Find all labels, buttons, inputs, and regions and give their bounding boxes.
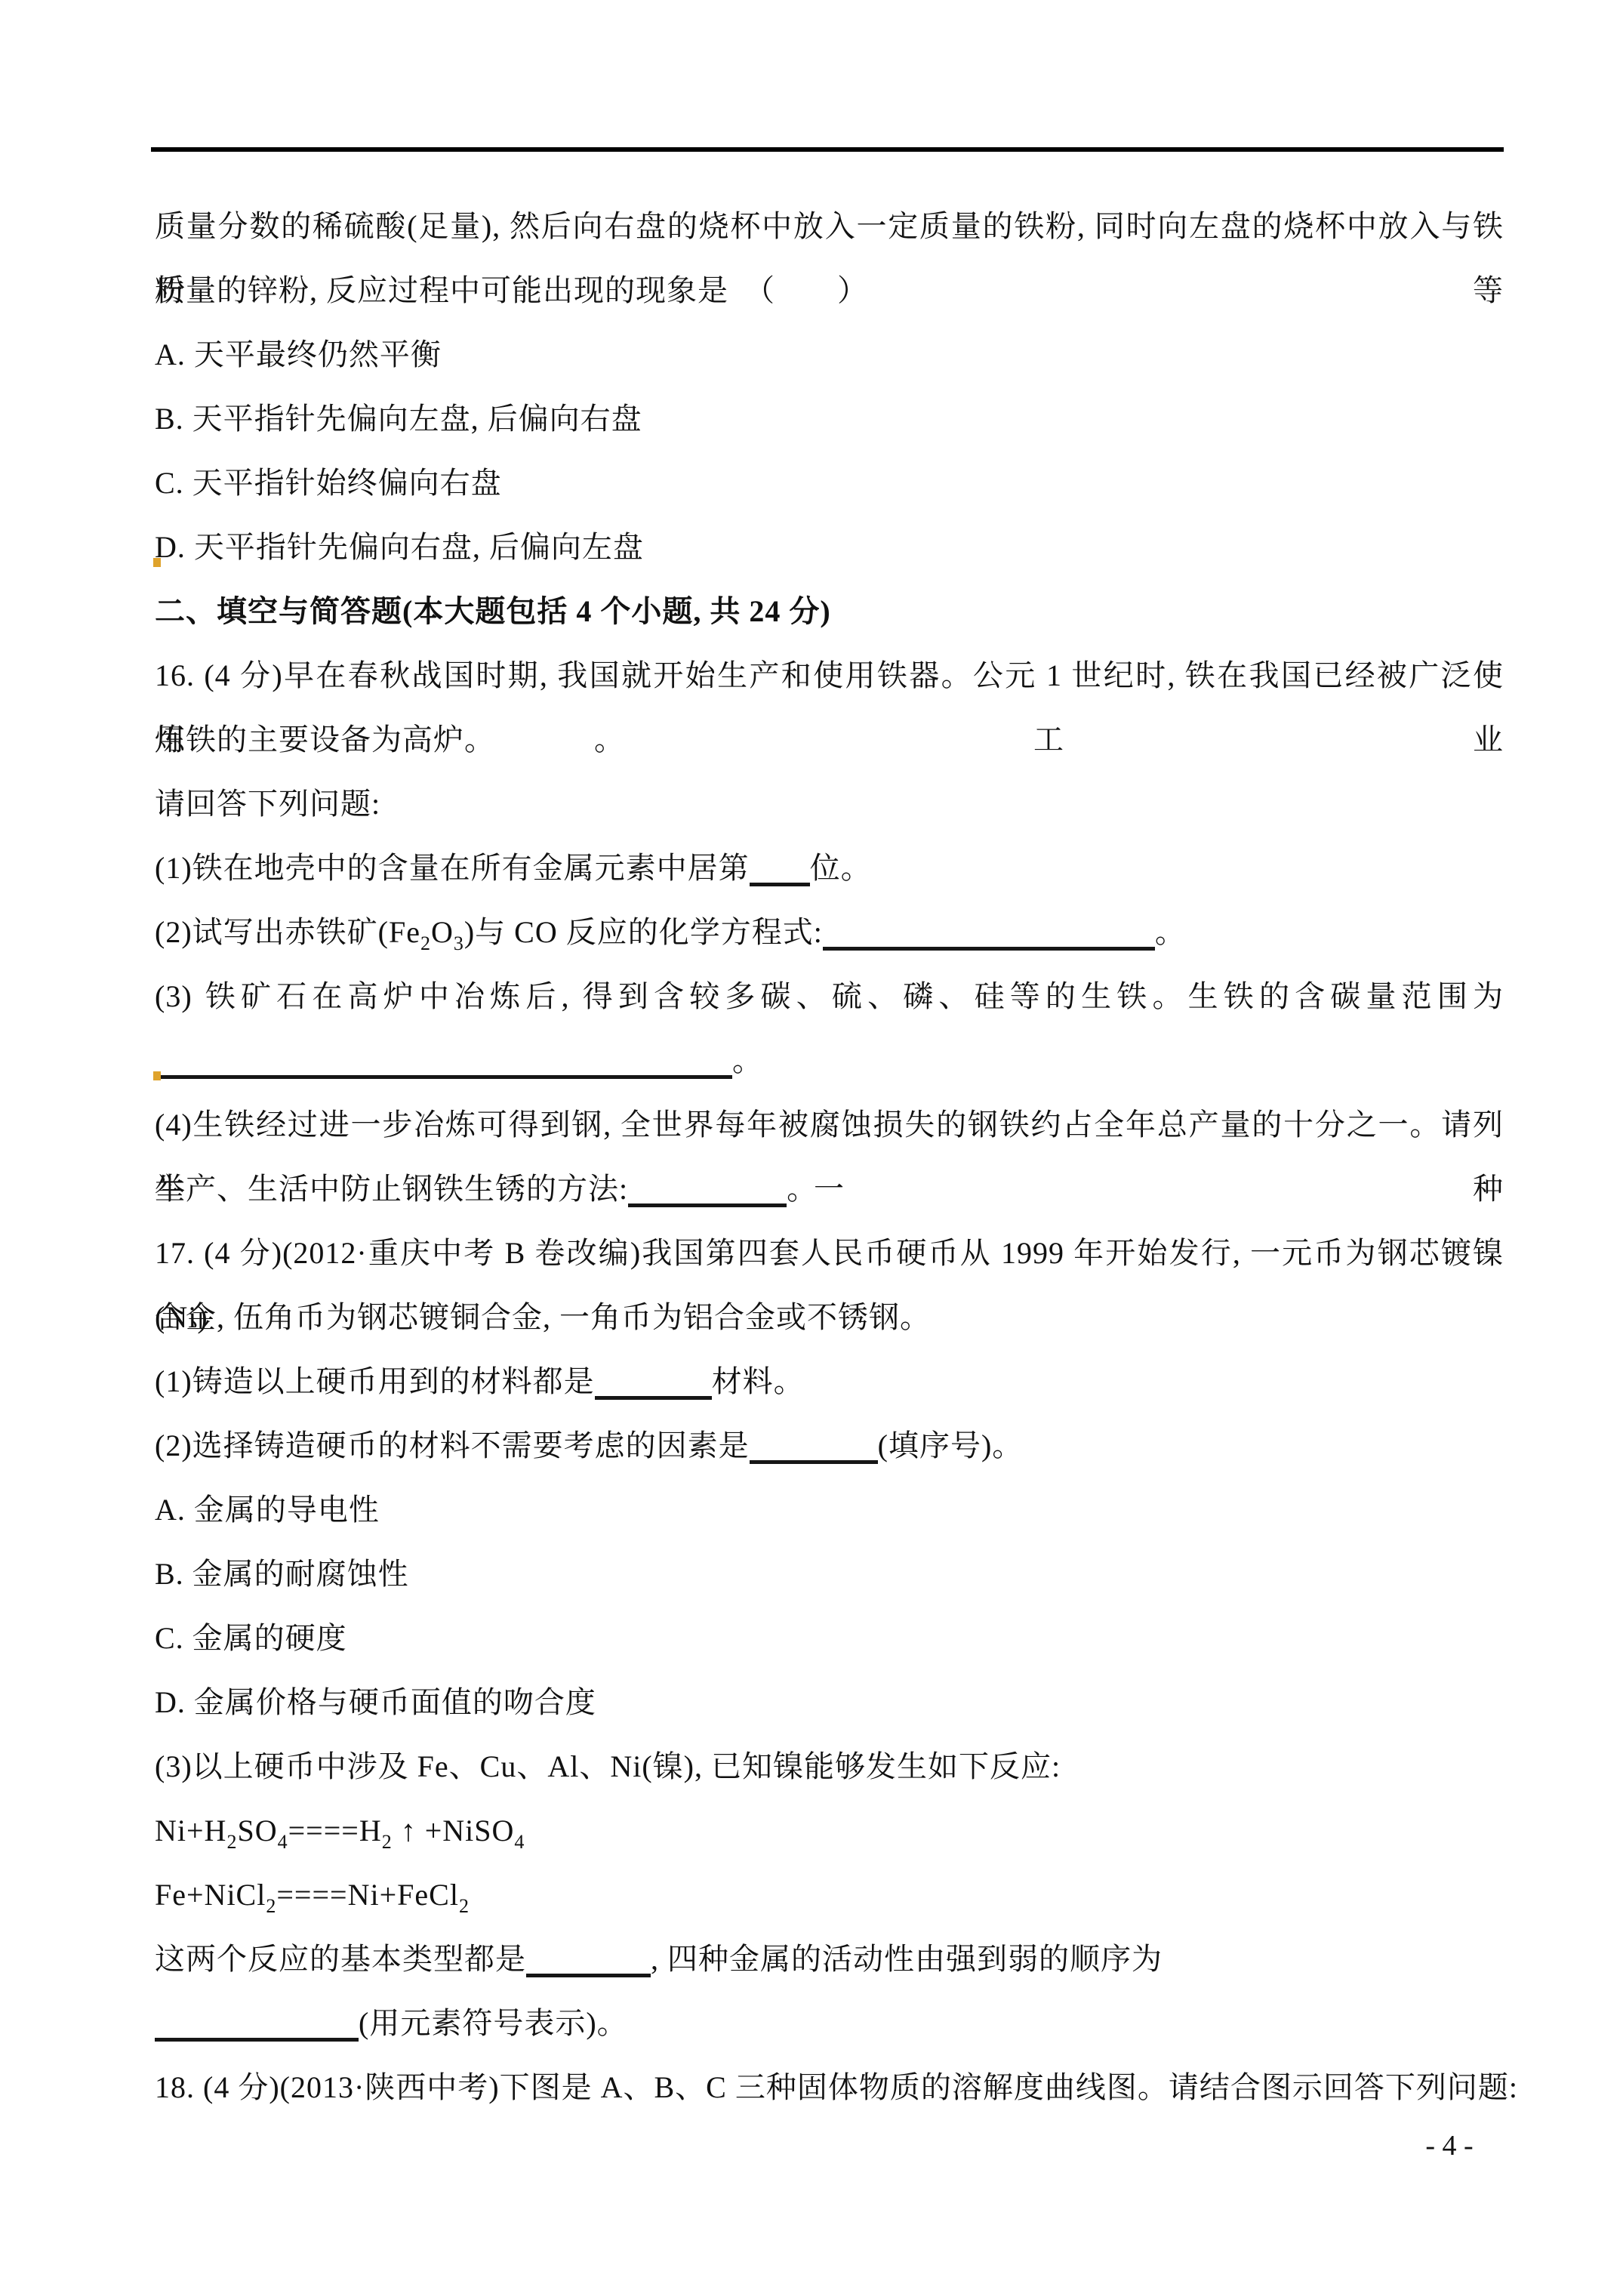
subscript: 4	[514, 1831, 525, 1853]
text-run: 18. (4 分)(2013·陕西中考)下图是 A、B、C 三种固体物质的溶解度…	[155, 2070, 1518, 2104]
text-run: ====Ni+FeCl	[276, 1878, 459, 1912]
subscript: 2	[382, 1831, 393, 1853]
text-line: 质量分数的稀硫酸(足量), 然后向右盘的烧杯中放入一定质量的铁粉, 同时向左盘的…	[155, 194, 1504, 258]
text-line: 18. (4 分)(2013·陕西中考)下图是 A、B、C 三种固体物质的溶解度…	[155, 2055, 1504, 2119]
text-run: 。	[1155, 915, 1186, 949]
content: 质量分数的稀硫酸(足量), 然后向右盘的烧杯中放入一定质量的铁粉, 同时向左盘的…	[155, 194, 1504, 2119]
text-run: (2)试写出赤铁矿(Fe	[155, 915, 420, 949]
text-run: C. 金属的硬度	[155, 1621, 347, 1655]
text-line: (用元素符号表示)。	[155, 1991, 1504, 2055]
text-run: 。	[787, 1172, 818, 1206]
text-run: (2)选择铸造硬币的材料不需要考虑的因素是	[155, 1428, 750, 1462]
header-rule	[151, 147, 1504, 152]
text-line: 请回答下列问题:	[155, 772, 1504, 836]
text-line: (3)以上硬币中涉及 Fe、Cu、Al、Ni(镍), 已知镍能够发生如下反应:	[155, 1734, 1504, 1798]
answer-blank	[628, 1181, 787, 1207]
subscript: 2	[266, 1895, 276, 1917]
text-line: 炼铁的主要设备为高炉。	[155, 707, 1504, 772]
text-line: (1)铸造以上硬币用到的材料都是材料。	[155, 1349, 1504, 1413]
text-run: (1)铸造以上硬币用到的材料都是	[155, 1364, 595, 1398]
text-run: 质量的锌粉, 反应过程中可能出现的现象是 （ ）	[155, 273, 868, 307]
document-page: 质量分数的稀硫酸(足量), 然后向右盘的烧杯中放入一定质量的铁粉, 同时向左盘的…	[0, 0, 1623, 2296]
subscript: 3	[454, 932, 464, 954]
text-line: (3) 铁矿石在高炉中冶炼后, 得到含较多碳、硫、磷、硅等的生铁。生铁的含碳量范…	[155, 964, 1504, 1028]
text-run: 材料。	[712, 1364, 805, 1398]
text-run: B. 金属的耐腐蚀性	[155, 1557, 409, 1591]
text-line: D. 天平指针先偏向右盘, 后偏向左盘	[155, 515, 1504, 579]
text-line: C. 金属的硬度	[155, 1606, 1504, 1670]
subscript: 2	[459, 1895, 470, 1917]
text-run: O	[431, 915, 454, 949]
text-run: )与 CO 反应的化学方程式:	[464, 915, 823, 949]
subscript: 4	[278, 1831, 288, 1853]
answer-blank	[823, 924, 1155, 951]
text-run: A. 金属的导电性	[155, 1493, 380, 1527]
text-run: Fe+NiCl	[155, 1878, 266, 1912]
text-run: 这两个反应的基本类型都是	[155, 1942, 526, 1976]
text-run: 。	[732, 1043, 763, 1077]
section-heading: 二、填空与简答题(本大题包括 4 个小题, 共 24 分)	[155, 579, 1504, 643]
subscript: 2	[226, 1831, 237, 1853]
text-run: D. 金属价格与硬币面值的吻合度	[155, 1685, 596, 1719]
answer-blank	[155, 2015, 359, 2042]
text-line: A. 金属的导电性	[155, 1478, 1504, 1542]
text-line: D. 金属价格与硬币面值的吻合度	[155, 1670, 1504, 1734]
text-run: 炼铁的主要设备为高炉。	[155, 723, 495, 757]
text-line: (1)铁在地壳中的含量在所有金属元素中居第位。	[155, 836, 1504, 900]
text-line: B. 天平指针先偏向左盘, 后偏向右盘	[155, 387, 1504, 451]
answer-blank	[750, 860, 810, 886]
text-run: D. 天平指针先偏向右盘, 后偏向左盘	[155, 530, 644, 564]
text-run: A. 天平最终仍然平衡	[155, 337, 442, 371]
highlight-artifact	[153, 558, 161, 567]
text-line: 合金, 伍角币为钢芯镀铜合金, 一角币为铝合金或不锈钢。	[155, 1285, 1504, 1349]
text-line: Fe+NiCl2====Ni+FeCl2	[155, 1863, 1504, 1927]
text-run: ↑ +NiSO	[393, 1814, 515, 1848]
text-run: C. 天平指针始终偏向右盘	[155, 466, 502, 500]
text-run: 合金, 伍角币为钢芯镀铜合金, 一角币为铝合金或不锈钢。	[155, 1300, 931, 1334]
text-run: 生产、生活中防止钢铁生锈的方法:	[155, 1172, 628, 1206]
text-line: 17. (4 分)(2012·重庆中考 B 卷改编)我国第四套人民币硬币从 19…	[155, 1221, 1504, 1285]
text-line: 16. (4 分)早在春秋战国时期, 我国就开始生产和使用铁器。公元 1 世纪时…	[155, 643, 1504, 707]
text-run: ====H	[288, 1814, 382, 1848]
text-line: A. 天平最终仍然平衡	[155, 322, 1504, 387]
text-line: Ni+H2SO4====H2 ↑ +NiSO4	[155, 1798, 1504, 1863]
text-line: (2)选择铸造硬币的材料不需要考虑的因素是(填序号)。	[155, 1413, 1504, 1478]
answer-blank	[526, 1951, 651, 1977]
text-run: (3)以上硬币中涉及 Fe、Cu、Al、Ni(镍), 已知镍能够发生如下反应:	[155, 1749, 1061, 1783]
answer-blank	[750, 1438, 878, 1464]
text-line: (4)生铁经过进一步冶炼可得到钢, 全世界每年被腐蚀损失的钢铁约占全年总产量的十…	[155, 1093, 1504, 1157]
answer-blank	[155, 1052, 732, 1079]
text-run: (用元素符号表示)。	[359, 2006, 628, 2040]
text-run: 位。	[810, 851, 872, 885]
text-line: C. 天平指针始终偏向右盘	[155, 451, 1504, 515]
subscript: 2	[420, 932, 431, 954]
text-run: Ni+H	[155, 1814, 226, 1848]
text-run: (1)铁在地壳中的含量在所有金属元素中居第	[155, 851, 750, 885]
answer-blank	[595, 1373, 712, 1400]
text-run: (3) 铁矿石在高炉中冶炼后, 得到含较多碳、硫、磷、硅等的生铁。生铁的含碳量范…	[155, 979, 1504, 1013]
page-number: - 4 -	[1397, 2114, 1502, 2178]
highlight-artifact	[153, 1071, 161, 1080]
text-line: 这两个反应的基本类型都是, 四种金属的活动性由强到弱的顺序为	[155, 1927, 1504, 1991]
text-run: B. 天平指针先偏向左盘, 后偏向右盘	[155, 402, 642, 436]
text-run: 二、填空与简答题(本大题包括 4 个小题, 共 24 分)	[155, 594, 831, 628]
text-line: 。	[155, 1028, 1504, 1093]
text-line: (2)试写出赤铁矿(Fe2O3)与 CO 反应的化学方程式:。	[155, 900, 1504, 964]
text-run: SO	[237, 1814, 277, 1848]
text-run: , 四种金属的活动性由强到弱的顺序为	[651, 1942, 1163, 1976]
text-line: 质量的锌粉, 反应过程中可能出现的现象是 （ ）	[155, 258, 1504, 322]
text-run: 请回答下列问题:	[155, 787, 380, 821]
text-line: B. 金属的耐腐蚀性	[155, 1542, 1504, 1606]
text-line: 生产、生活中防止钢铁生锈的方法:。	[155, 1157, 1504, 1221]
text-run: (填序号)。	[878, 1428, 1024, 1462]
